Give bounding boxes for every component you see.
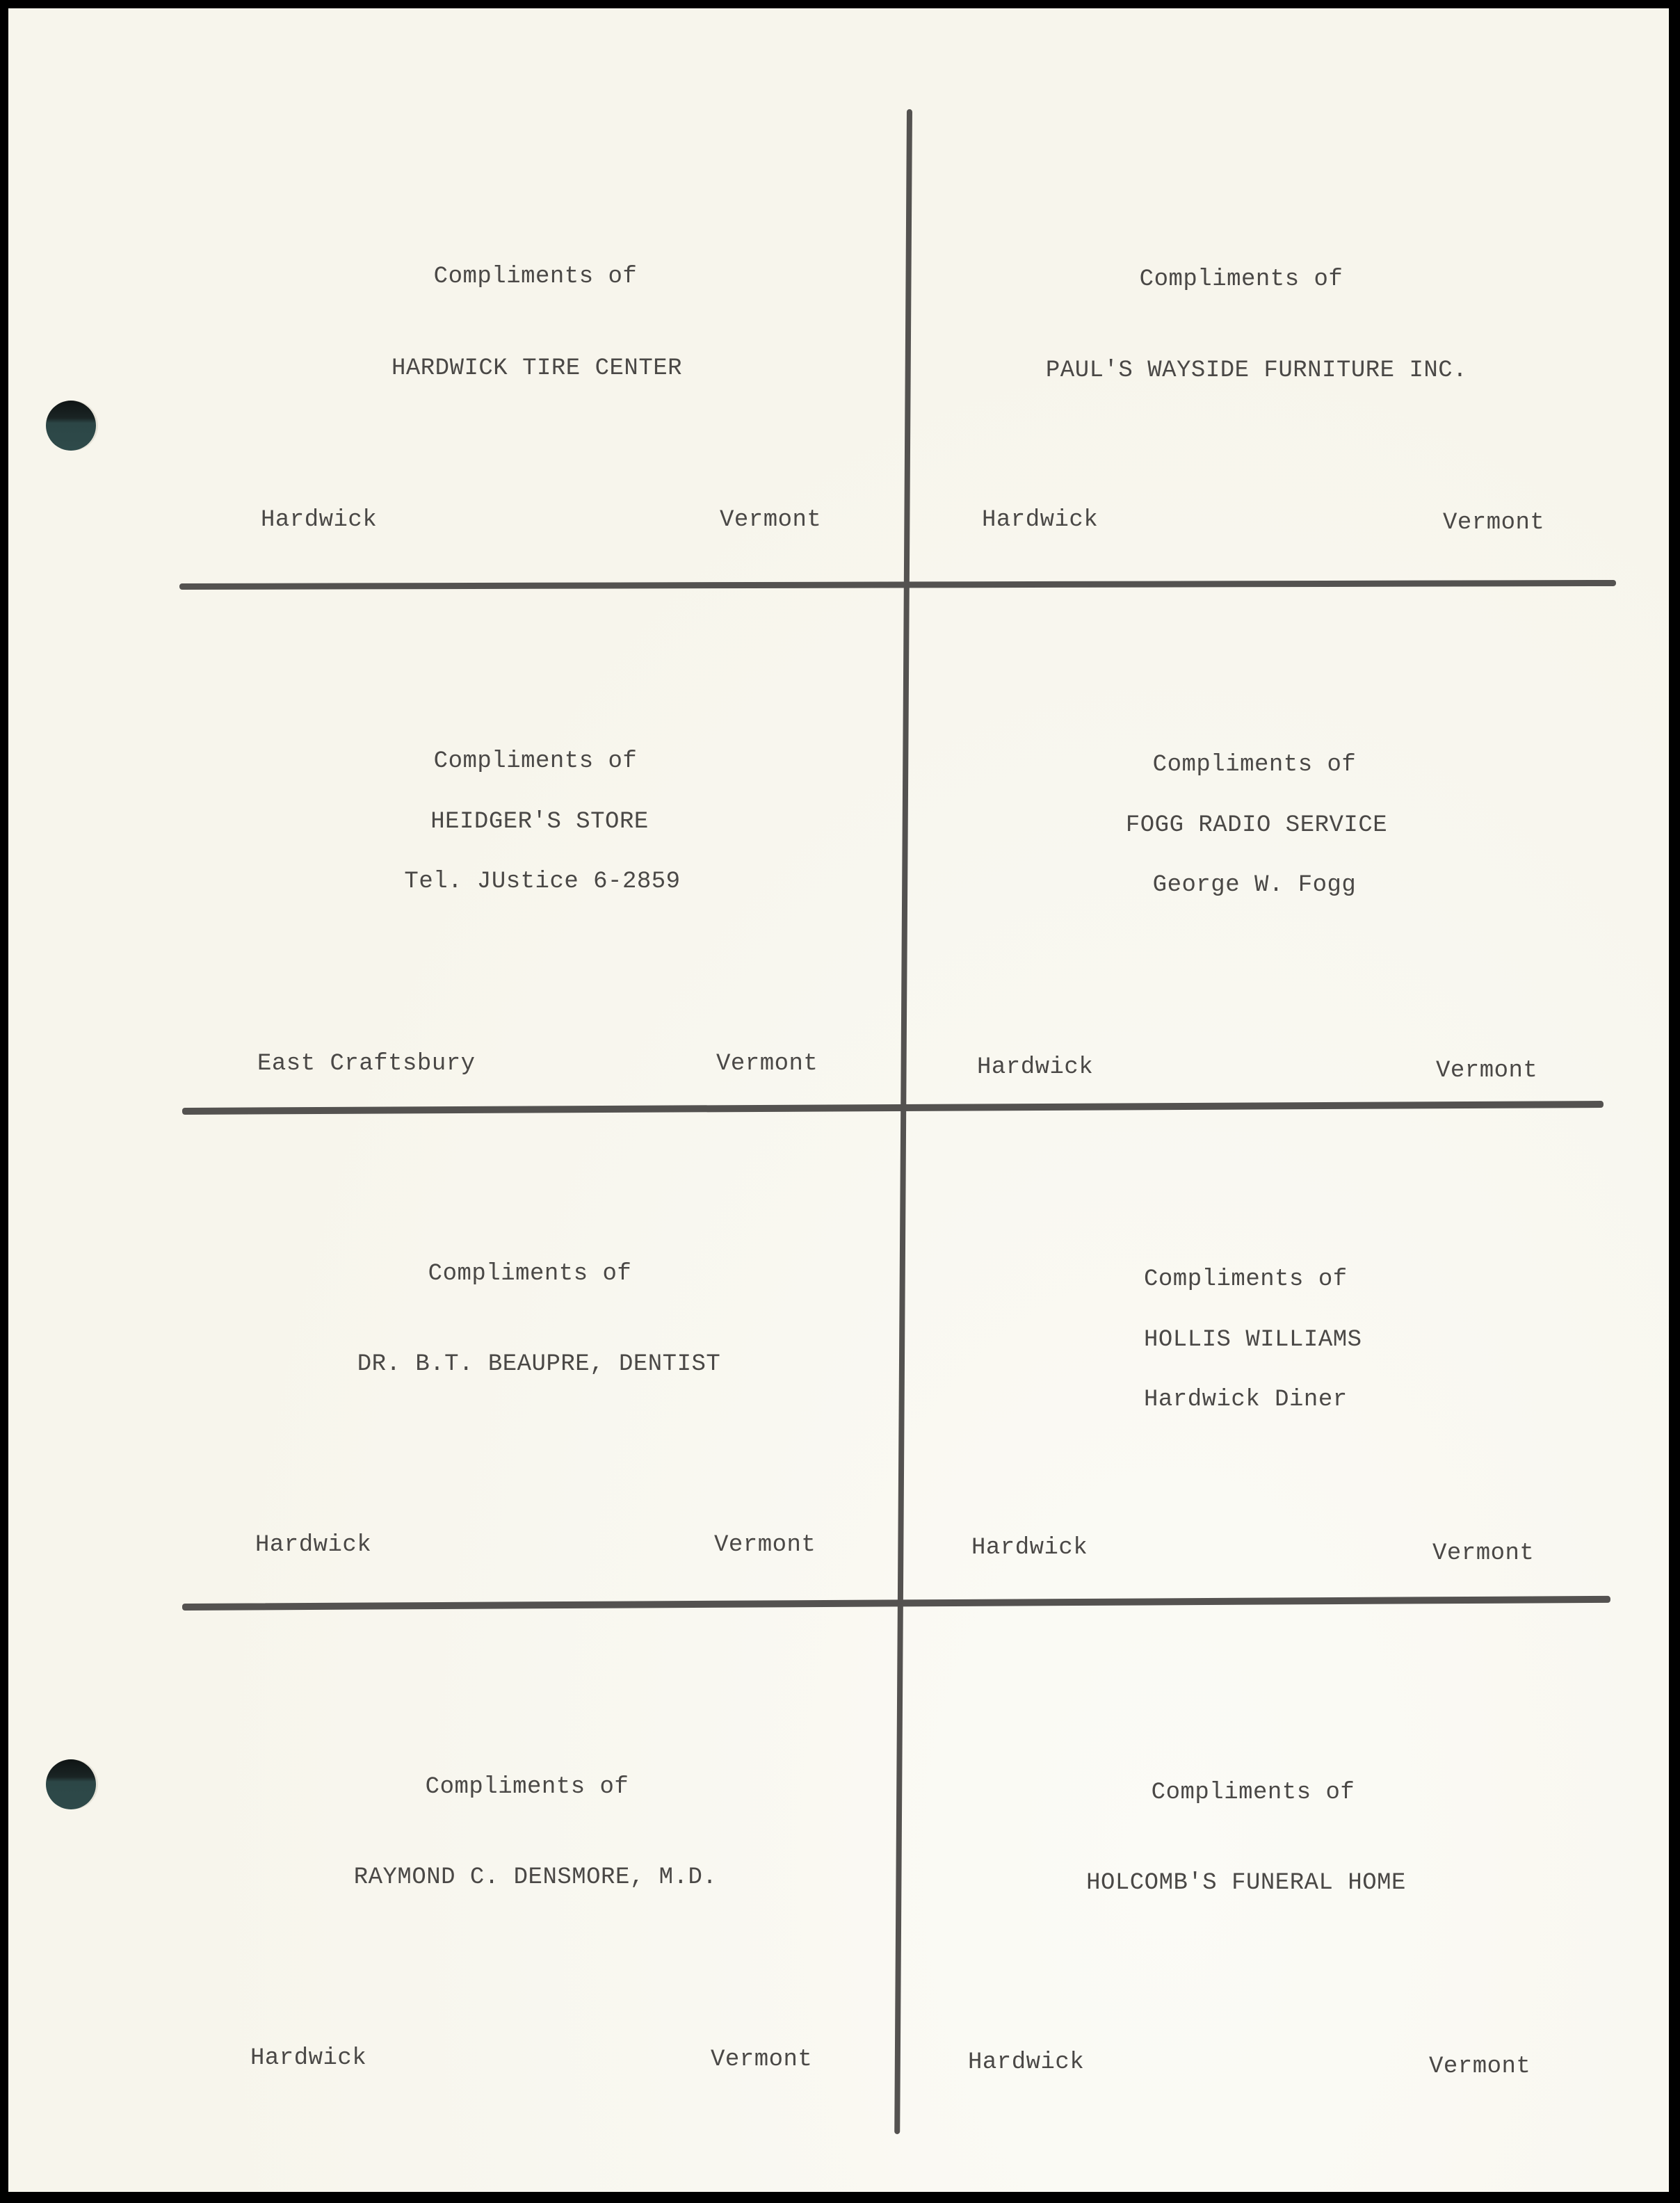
business-name: HOLCOMB'S FUNERAL HOME bbox=[1086, 1871, 1406, 1895]
state-label: Vermont bbox=[1436, 1059, 1537, 1083]
ad-heading: Compliments of bbox=[434, 265, 638, 289]
business-name: HEIDGER'S STORE bbox=[430, 810, 649, 834]
business-name: RAYMOND C. DENSMORE, M.D. bbox=[354, 1866, 718, 1889]
state-label: Vermont bbox=[711, 2048, 812, 2072]
state-label: Vermont bbox=[720, 508, 821, 532]
punch-hole-bottom bbox=[46, 1759, 96, 1809]
business-name: HARDWICK TIRE CENTER bbox=[391, 357, 682, 380]
business-name: PAUL'S WAYSIDE FURNITURE INC. bbox=[1046, 359, 1467, 382]
state-label: Vermont bbox=[716, 1052, 818, 1076]
state-label: Vermont bbox=[1443, 511, 1544, 535]
document-page bbox=[8, 8, 1669, 2192]
state-label: Vermont bbox=[1432, 1542, 1534, 1565]
state-label: Vermont bbox=[714, 1533, 816, 1557]
ad-heading: Compliments of bbox=[1152, 1781, 1355, 1805]
state-label: Vermont bbox=[1429, 2055, 1530, 2079]
town-label: Hardwick bbox=[255, 1533, 371, 1557]
business-name: FOGG RADIO SERVICE bbox=[1126, 814, 1387, 837]
business-name: DR. B.T. BEAUPRE, DENTIST bbox=[357, 1353, 721, 1376]
proprietor-name: George W. Fogg bbox=[1153, 873, 1357, 897]
town-label: Hardwick bbox=[968, 2051, 1084, 2074]
ad-heading: Compliments of bbox=[428, 1262, 632, 1286]
town-label: Hardwick bbox=[261, 508, 377, 532]
ad-heading: Compliments of bbox=[426, 1775, 629, 1799]
phone-number: Tel. JUstice 6-2859 bbox=[404, 870, 680, 894]
punch-hole-top bbox=[46, 401, 96, 451]
business-name: HOLLIS WILLIAMS bbox=[1144, 1328, 1362, 1352]
ad-heading: Compliments of bbox=[434, 750, 638, 773]
business-subtitle: Hardwick Diner bbox=[1144, 1388, 1348, 1412]
town-label: Hardwick bbox=[982, 508, 1098, 532]
town-label: Hardwick bbox=[977, 1056, 1093, 1079]
town-label: Hardwick bbox=[971, 1536, 1088, 1560]
town-label: Hardwick bbox=[250, 2047, 366, 2070]
ad-heading: Compliments of bbox=[1140, 268, 1343, 291]
town-label: East Craftsbury bbox=[257, 1052, 476, 1076]
ad-heading: Compliments of bbox=[1144, 1268, 1348, 1291]
ad-heading: Compliments of bbox=[1153, 753, 1357, 777]
